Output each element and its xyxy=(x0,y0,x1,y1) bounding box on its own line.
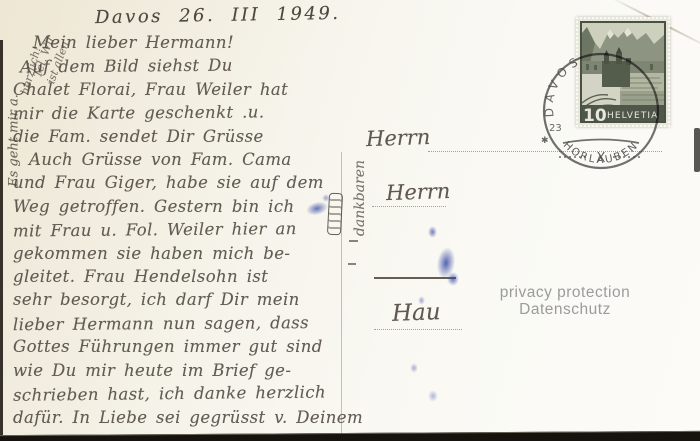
message-line: dafür. In Liebe sei gegrüsst v. Deinem xyxy=(13,406,352,429)
address-partial: Hau xyxy=(392,299,441,327)
pen-dash xyxy=(348,263,356,265)
scan-edge-left xyxy=(0,40,3,441)
message-line: Gottes Führungen immer gut sind xyxy=(13,335,352,358)
svg-text:DAVOS: DAVOS xyxy=(542,53,585,118)
postmark: DAVOS HORLAUBEN 23 ✱ X xyxy=(533,44,669,180)
blue-ink-smudge xyxy=(418,296,425,305)
message-line: die Fam. sendet Dir Grüsse xyxy=(13,125,352,148)
message-line: und Frau Giger, habe sie auf dem xyxy=(13,171,352,194)
postcard-back: Davos 26. III 1949. Mein lieber Hermann!… xyxy=(0,0,700,436)
postmark-star-icon: ✱ xyxy=(541,136,549,146)
address-salutation: Herrn xyxy=(366,125,431,151)
scan-edge-artifact xyxy=(694,128,700,172)
left-edge-note: Es geht mir a. xyxy=(7,41,22,241)
postmark-town: DAVOS xyxy=(542,53,585,118)
message-line: mir die Karte geschenkt .u. xyxy=(13,100,352,126)
address-dotted-line xyxy=(372,206,446,207)
address-dotted-line xyxy=(374,329,462,330)
message-line: lieber Hermann nun sagen, dass xyxy=(13,311,352,337)
postmark-sorting-code: X xyxy=(597,151,606,166)
message-line: mit Frau u. Fol. Weiler hier an xyxy=(13,217,352,243)
blue-ink-smudge xyxy=(410,363,418,373)
postmark-day: 23 xyxy=(549,123,562,134)
privacy-watermark-line2: Datenschutz xyxy=(453,301,677,318)
pen-dash xyxy=(349,240,358,242)
message-block: Mein lieber Hermann! Auf dem Bild siehst… xyxy=(7,31,352,429)
message-line: wie Du mir heute im Brief ge- xyxy=(13,359,352,382)
postcard-scan: Davos 26. III 1949. Mein lieber Hermann!… xyxy=(0,0,700,441)
privacy-watermark: privacy protection Datenschutz xyxy=(453,284,677,318)
message-line: gleitet. Frau Hendelsohn ist xyxy=(13,265,352,288)
message-line: Auch Grüsse von Fam. Cama xyxy=(29,148,352,171)
blue-ink-smudge xyxy=(428,226,437,238)
address-salutation: Herrn xyxy=(386,179,451,205)
message-line: sehr besorgt, ich darf Dir mein xyxy=(13,288,352,311)
message-line: Mein lieber Hermann! xyxy=(33,31,352,54)
blue-ink-smudge xyxy=(322,194,330,202)
message-line: schrieben hast, ich danke herzlich xyxy=(13,380,352,407)
message-line: Auf dem Bild siehst Du xyxy=(20,53,352,79)
message-line: gekommen sie haben mich be- xyxy=(13,242,352,265)
message-line: Chalet Florai, Frau Weiler hat xyxy=(13,78,352,101)
message-line: Weg getroffen. Gestern bin ich xyxy=(13,195,352,218)
blue-ink-smudge xyxy=(428,390,438,402)
privacy-watermark-line1: privacy protection xyxy=(453,284,677,301)
dateline: Davos 26. III 1949. xyxy=(95,3,341,28)
